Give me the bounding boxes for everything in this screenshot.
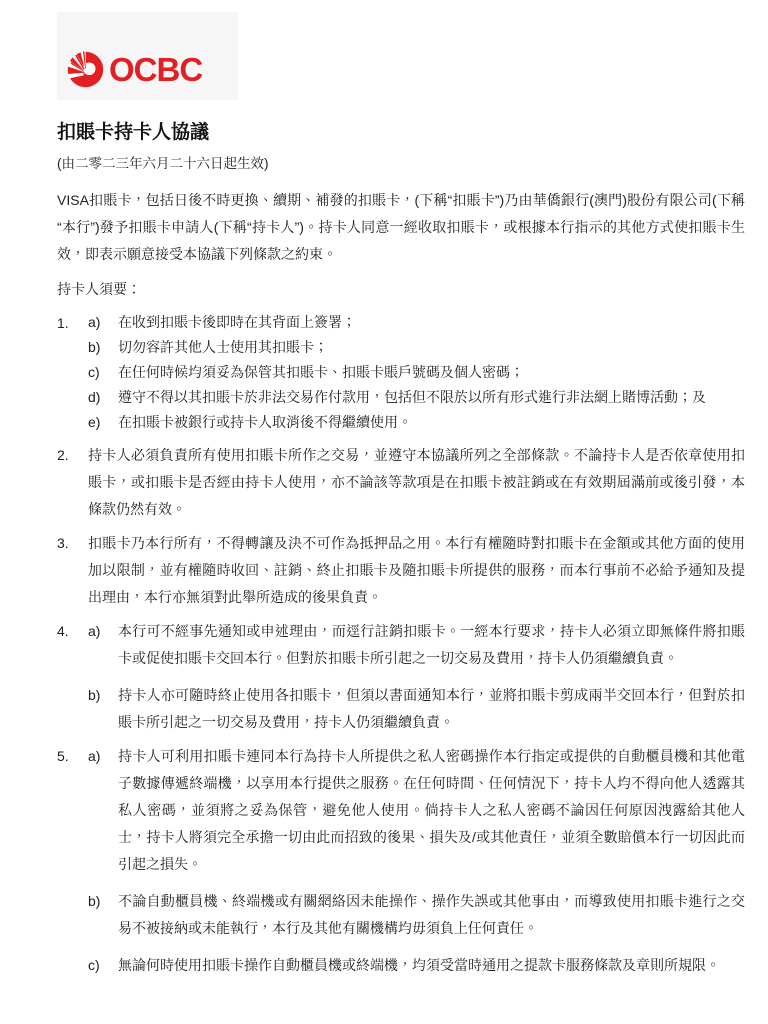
- subclause-1d: d) 遵守不得以其扣賬卡於非法交易作付款用，包括但不限於以所有形式進行非法網上賭…: [88, 385, 745, 410]
- subclause-text: 本行可不經事先通知或申述理由，而逕行註銷扣賬卡。一經本行要求，持卡人必須立即無條…: [118, 618, 745, 672]
- subclause-text: 不論自動櫃員機、終端機或有關網絡因未能操作、操作失誤或其他事由，而導致使用扣賬卡…: [118, 888, 745, 942]
- subclause-text: 在收到扣賬卡後即時在其背面上簽署；: [118, 310, 745, 335]
- clause-number: 2.: [57, 442, 88, 523]
- subclause-1c: c) 在任何時候均須妥為保管其扣賬卡、扣賬卡賬戶號碼及個人密碼；: [88, 360, 745, 385]
- subclause-1a: a) 在收到扣賬卡後即時在其背面上簽署；: [88, 310, 745, 335]
- intro-paragraph: VISA扣賬卡，包括日後不時更換、續期、補發的扣賬卡，(下稱“扣賬卡”)乃由華僑…: [57, 187, 745, 268]
- clause-5: 5. a) 持卡人可利用扣賬卡連同本行為持卡人所提供之私人密碼操作本行指定或提供…: [57, 743, 745, 979]
- clause-3: 3. 扣賬卡乃本行所有，不得轉讓及決不可作為抵押品之用。本行有權隨時對扣賬卡在金…: [57, 530, 745, 611]
- subclause-letter: d): [88, 385, 118, 410]
- subclause-1e: e) 在扣賬卡被銀行或持卡人取消後不得繼續使用。: [88, 410, 745, 435]
- clause-number: 3.: [57, 530, 88, 611]
- subclause-5c: c) 無論何時使用扣賬卡操作自動櫃員機或終端機，均須受當時通用之提款卡服務條款及…: [88, 952, 745, 979]
- subclause-text: 在任何時候均須妥為保管其扣賬卡、扣賬卡賬戶號碼及個人密碼；: [118, 360, 745, 385]
- subclause-4a: a) 本行可不經事先通知或申述理由，而逕行註銷扣賬卡。一經本行要求，持卡人必須立…: [88, 618, 745, 672]
- clause-text: 扣賬卡乃本行所有，不得轉讓及決不可作為抵押品之用。本行有權隨時對扣賬卡在金額或其…: [88, 530, 745, 611]
- clause-number: 4.: [57, 618, 88, 736]
- clause-number: 1.: [57, 310, 88, 435]
- subclause-text: 切勿容許其他人士使用其扣賬卡；: [118, 335, 745, 360]
- clause-2: 2. 持卡人必須負責所有使用扣賬卡所作之交易，並遵守本協議所列之全部條款。不論持…: [57, 442, 745, 523]
- subclause-letter: b): [88, 888, 118, 942]
- effective-date-note: (由二零二三年六月二十六日起生效): [57, 154, 745, 174]
- subclause-text: 持卡人亦可隨時終止使用各扣賬卡，但須以書面通知本行，並將扣賬卡剪成兩半交回本行，…: [118, 682, 745, 736]
- clause-4: 4. a) 本行可不經事先通知或申述理由，而逕行註銷扣賬卡。一經本行要求，持卡人…: [57, 618, 745, 736]
- subclause-text: 無論何時使用扣賬卡操作自動櫃員機或終端機，均須受當時通用之提款卡服務條款及章則所…: [118, 952, 745, 979]
- clause-number: 5.: [57, 743, 88, 979]
- subclause-1b: b) 切勿容許其他人士使用其扣賬卡；: [88, 335, 745, 360]
- ocbc-wordmark: OCBC: [109, 53, 202, 86]
- subclause-letter: a): [88, 618, 118, 672]
- subclause-text: 持卡人可利用扣賬卡連同本行為持卡人所提供之私人密碼操作本行指定或提供的自動櫃員機…: [118, 743, 745, 878]
- ocbc-logo: OCBC: [57, 12, 238, 100]
- requirement-heading: 持卡人須要：: [57, 276, 745, 303]
- document-page: OCBC 扣賬卡持卡人協議 (由二零二三年六月二十六日起生效) VISA扣賬卡，…: [0, 0, 768, 1024]
- subclause-letter: b): [88, 335, 118, 360]
- clause-text: 持卡人必須負責所有使用扣賬卡所作之交易，並遵守本協議所列之全部條款。不論持卡人是…: [88, 442, 745, 523]
- subclause-letter: a): [88, 310, 118, 335]
- subclause-4b: b) 持卡人亦可隨時終止使用各扣賬卡，但須以書面通知本行，並將扣賬卡剪成兩半交回…: [88, 682, 745, 736]
- page-title: 扣賬卡持卡人協議: [57, 120, 745, 146]
- subclause-5b: b) 不論自動櫃員機、終端機或有關網絡因未能操作、操作失誤或其他事由，而導致使用…: [88, 888, 745, 942]
- subclause-letter: c): [88, 360, 118, 385]
- clause-1: 1. a) 在收到扣賬卡後即時在其背面上簽署； b) 切勿容許其他人士使用其扣賬…: [57, 310, 745, 435]
- ocbc-emblem-icon: [67, 51, 104, 88]
- subclause-text: 在扣賬卡被銀行或持卡人取消後不得繼續使用。: [118, 410, 745, 435]
- subclause-5a: a) 持卡人可利用扣賬卡連同本行為持卡人所提供之私人密碼操作本行指定或提供的自動…: [88, 743, 745, 878]
- subclause-letter: e): [88, 410, 118, 435]
- subclause-letter: c): [88, 952, 118, 979]
- subclause-letter: b): [88, 682, 118, 736]
- subclause-text: 遵守不得以其扣賬卡於非法交易作付款用，包括但不限於以所有形式進行非法網上賭博活動…: [118, 385, 745, 410]
- subclause-letter: a): [88, 743, 118, 878]
